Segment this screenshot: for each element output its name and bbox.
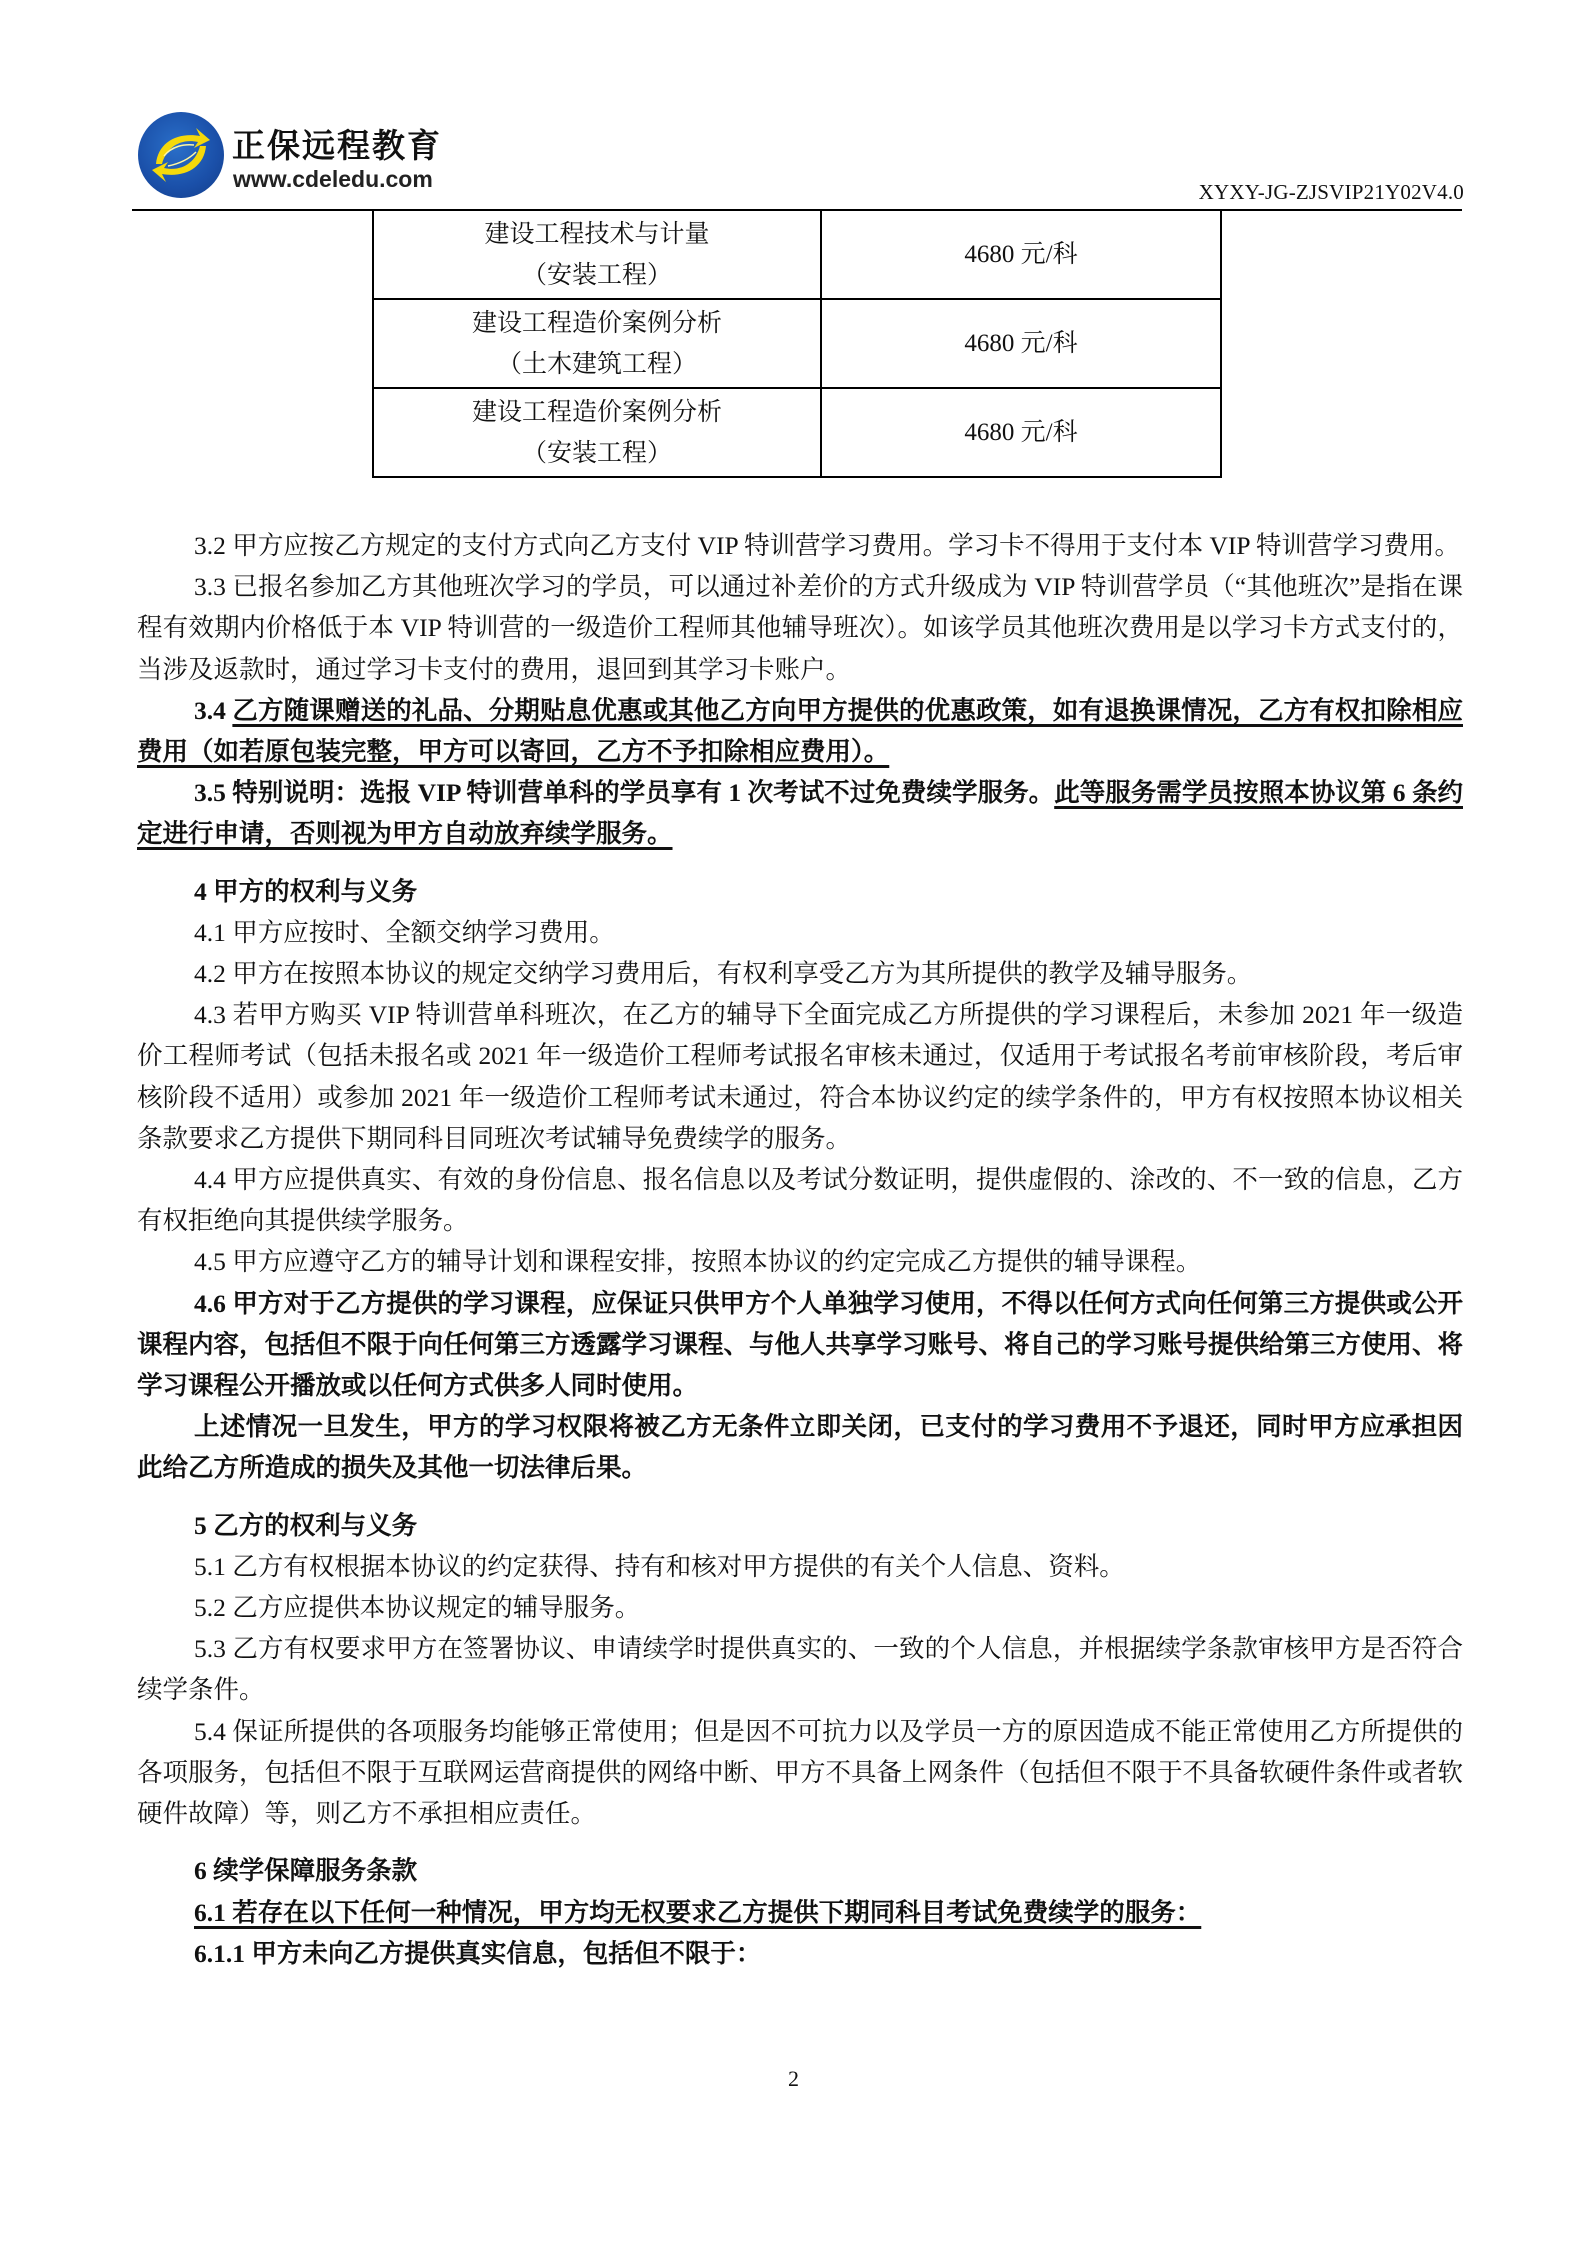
course-cell: 建设工程造价案例分析 （安装工程）	[373, 388, 821, 477]
section-4-heading: 4 甲方的权利与义务	[137, 871, 1463, 912]
brand-url: www.cdeledu.com	[233, 166, 433, 193]
course-category: （安装工程）	[374, 255, 820, 296]
price-cell: 4680 元/科	[821, 210, 1221, 299]
clause-number: 3.4	[194, 696, 232, 725]
course-category: （土木建筑工程）	[374, 344, 820, 385]
course-cell: 建设工程技术与计量 （安装工程）	[373, 210, 821, 299]
clause-4-1: 4.1 甲方应按时、全额交纳学习费用。	[137, 912, 1463, 953]
clause-4-6: 4.6 甲方对于乙方提供的学习课程，应保证只供甲方个人单独学习使用，不得以任何方…	[137, 1283, 1463, 1407]
clause-5-3: 5.3 乙方有权要求甲方在签署协议、申请续学时提供真实的、一致的个人信息，并根据…	[137, 1628, 1463, 1710]
price-cell: 4680 元/科	[821, 388, 1221, 477]
table-row: 建设工程技术与计量 （安装工程） 4680 元/科	[373, 210, 1221, 299]
course-name: 建设工程造价案例分析	[374, 392, 820, 433]
clause-4-3: 4.3 若甲方购买 VIP 特训营单科班次，在乙方的辅导下全面完成乙方所提供的学…	[137, 994, 1463, 1159]
clause-6-1: 6.1 若存在以下任何一种情况，甲方均无权要求乙方提供下期同科目考试免费续学的服…	[137, 1892, 1463, 1933]
clause-5-1: 5.1 乙方有权根据本协议的约定获得、持有和核对甲方提供的有关个人信息、资料。	[137, 1546, 1463, 1587]
page-number: 2	[0, 2066, 1587, 2092]
cdeledu-circle-logo-icon	[138, 112, 224, 198]
page-header: 正保远程教育 www.cdeledu.com XYXY-JG-ZJSVIP21Y…	[0, 0, 1587, 215]
clause-3-4-underlined-text: 乙方随课赠送的礼品、分期贴息优惠或其他乙方向甲方提供的优惠政策，如有退换课情况，…	[137, 696, 1463, 766]
clause-3-2: 3.2 甲方应按乙方规定的支付方式向乙方支付 VIP 特训营学习费用。学习卡不得…	[137, 525, 1463, 566]
clause-4-6-continuation: 上述情况一旦发生，甲方的学习权限将被乙方无条件立即关闭，已支付的学习费用不予退还…	[137, 1406, 1463, 1488]
brand-name: 正保远程教育	[232, 120, 442, 167]
clause-3-5-text: 3.5 特别说明：选报 VIP 特训营单科的学员享有 1 次考试不过免费续学服务…	[194, 778, 1054, 807]
document-body: 3.2 甲方应按乙方规定的支付方式向乙方支付 VIP 特训营学习费用。学习卡不得…	[137, 525, 1463, 1974]
course-cell: 建设工程造价案例分析 （土木建筑工程）	[373, 299, 821, 388]
clause-6-1-underlined-text: 6.1 若存在以下任何一种情况，甲方均无权要求乙方提供下期同科目考试免费续学的服…	[194, 1898, 1201, 1927]
price-table: 建设工程技术与计量 （安装工程） 4680 元/科 建设工程造价案例分析 （土木…	[372, 209, 1222, 478]
clause-3-4: 3.4 乙方随课赠送的礼品、分期贴息优惠或其他乙方向甲方提供的优惠政策，如有退换…	[137, 690, 1463, 772]
price-cell: 4680 元/科	[821, 299, 1221, 388]
clause-4-2: 4.2 甲方在按照本协议的规定交纳学习费用后，有权利享受乙方为其所提供的教学及辅…	[137, 953, 1463, 994]
course-name: 建设工程造价案例分析	[374, 303, 820, 344]
clause-5-2: 5.2 乙方应提供本协议规定的辅导服务。	[137, 1587, 1463, 1628]
clause-4-4: 4.4 甲方应提供真实、有效的身份信息、报名信息以及考试分数证明，提供虚假的、涂…	[137, 1159, 1463, 1241]
clause-4-5: 4.5 甲方应遵守乙方的辅导计划和课程安排，按照本协议的约定完成乙方提供的辅导课…	[137, 1241, 1463, 1282]
course-category: （安装工程）	[374, 433, 820, 474]
document-code: XYXY-JG-ZJSVIP21Y02V4.0	[1199, 180, 1464, 205]
clause-3-5: 3.5 特别说明：选报 VIP 特训营单科的学员享有 1 次考试不过免费续学服务…	[137, 772, 1463, 854]
table-row: 建设工程造价案例分析 （土木建筑工程） 4680 元/科	[373, 299, 1221, 388]
clause-5-4: 5.4 保证所提供的各项服务均能够正常使用；但是因不可抗力以及学员一方的原因造成…	[137, 1711, 1463, 1835]
section-6-heading: 6 续学保障服务条款	[137, 1850, 1463, 1891]
clause-3-3: 3.3 已报名参加乙方其他班次学习的学员，可以通过补差价的方式升级成为 VIP …	[137, 566, 1463, 690]
course-name: 建设工程技术与计量	[374, 214, 820, 255]
table-row: 建设工程造价案例分析 （安装工程） 4680 元/科	[373, 388, 1221, 477]
clause-6-1-1: 6.1.1 甲方未向乙方提供真实信息，包括但不限于：	[137, 1933, 1463, 1974]
section-5-heading: 5 乙方的权利与义务	[137, 1505, 1463, 1546]
